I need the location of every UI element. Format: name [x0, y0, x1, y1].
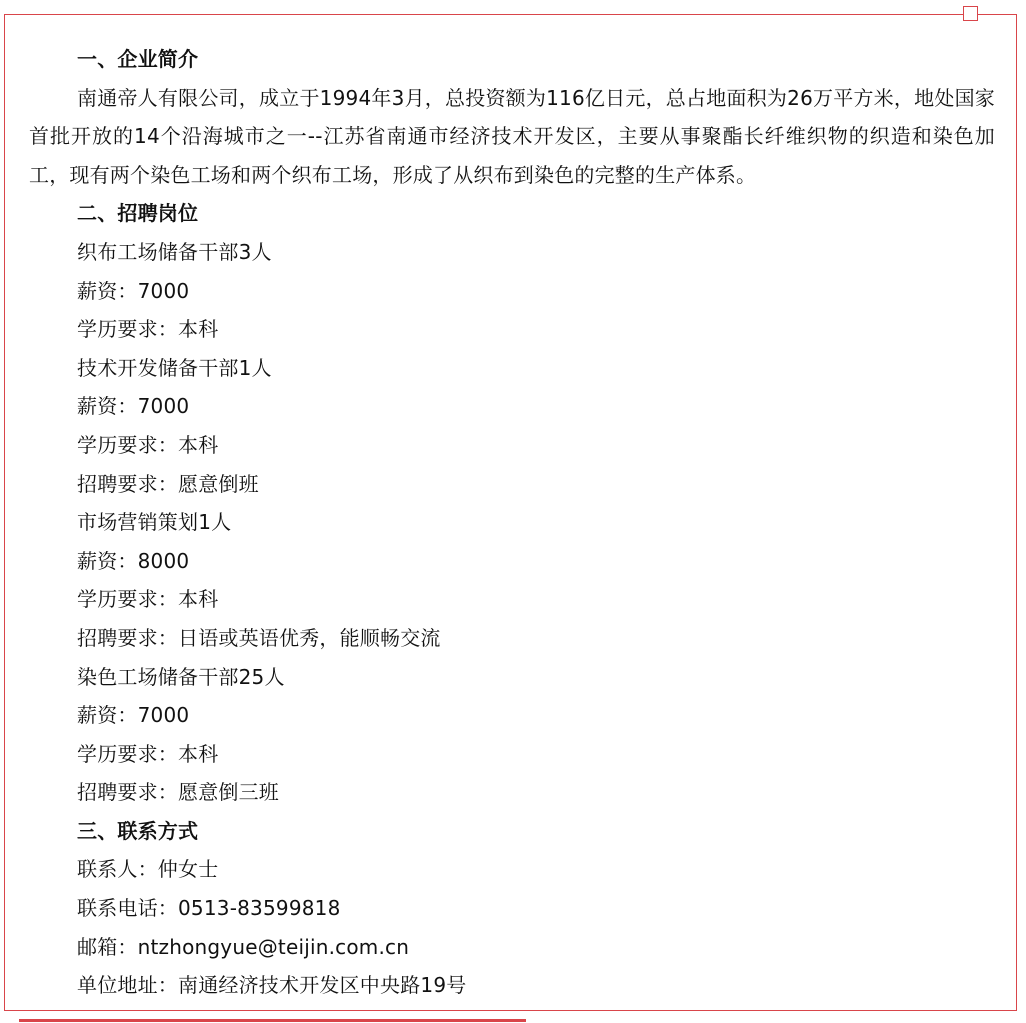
intro-paragraph: 南通帝人有限公司，成立于1994年3月，总投资额为116亿日元，总占地面积为26… [29, 79, 995, 195]
position-title: 织布工场储备干部3人 [29, 233, 995, 272]
contact-person: 联系人：仲女士 [29, 850, 995, 889]
requirement-line: 招聘要求：日语或英语优秀，能顺畅交流 [29, 619, 995, 658]
education-line: 学历要求：本科 [29, 310, 995, 349]
education-line: 学历要求：本科 [29, 426, 995, 465]
salary-line: 薪资：8000 [29, 542, 995, 581]
position-title: 染色工场储备干部25人 [29, 658, 995, 697]
contact-list: 联系人：仲女士 联系电话：0513-83599818 邮箱：ntzhongyue… [29, 850, 995, 1004]
section-heading-positions: 二、招聘岗位 [29, 194, 995, 233]
requirement-line: 招聘要求：愿意倒三班 [29, 773, 995, 812]
section-heading-contact: 三、联系方式 [29, 812, 995, 851]
section-heading-intro: 一、企业简介 [29, 40, 995, 79]
bottom-divider [19, 1019, 526, 1022]
salary-line: 薪资：7000 [29, 272, 995, 311]
contact-address: 单位地址：南通经济技术开发区中央路19号 [29, 966, 995, 1005]
education-line: 学历要求：本科 [29, 735, 995, 774]
document-body: 一、企业简介 南通帝人有限公司，成立于1994年3月，总投资额为116亿日元，总… [29, 40, 995, 1005]
requirement-line: 招聘要求：愿意倒班 [29, 465, 995, 504]
salary-line: 薪资：7000 [29, 696, 995, 735]
corner-marker-icon [963, 6, 978, 21]
contact-email: 邮箱：ntzhongyue@teijin.com.cn [29, 928, 995, 967]
education-line: 学历要求：本科 [29, 580, 995, 619]
position-title: 技术开发储备干部1人 [29, 349, 995, 388]
contact-phone: 联系电话：0513-83599818 [29, 889, 995, 928]
positions-list: 织布工场储备干部3人 薪资：7000 学历要求：本科 技术开发储备干部1人 薪资… [29, 233, 995, 812]
position-title: 市场营销策划1人 [29, 503, 995, 542]
salary-line: 薪资：7000 [29, 387, 995, 426]
